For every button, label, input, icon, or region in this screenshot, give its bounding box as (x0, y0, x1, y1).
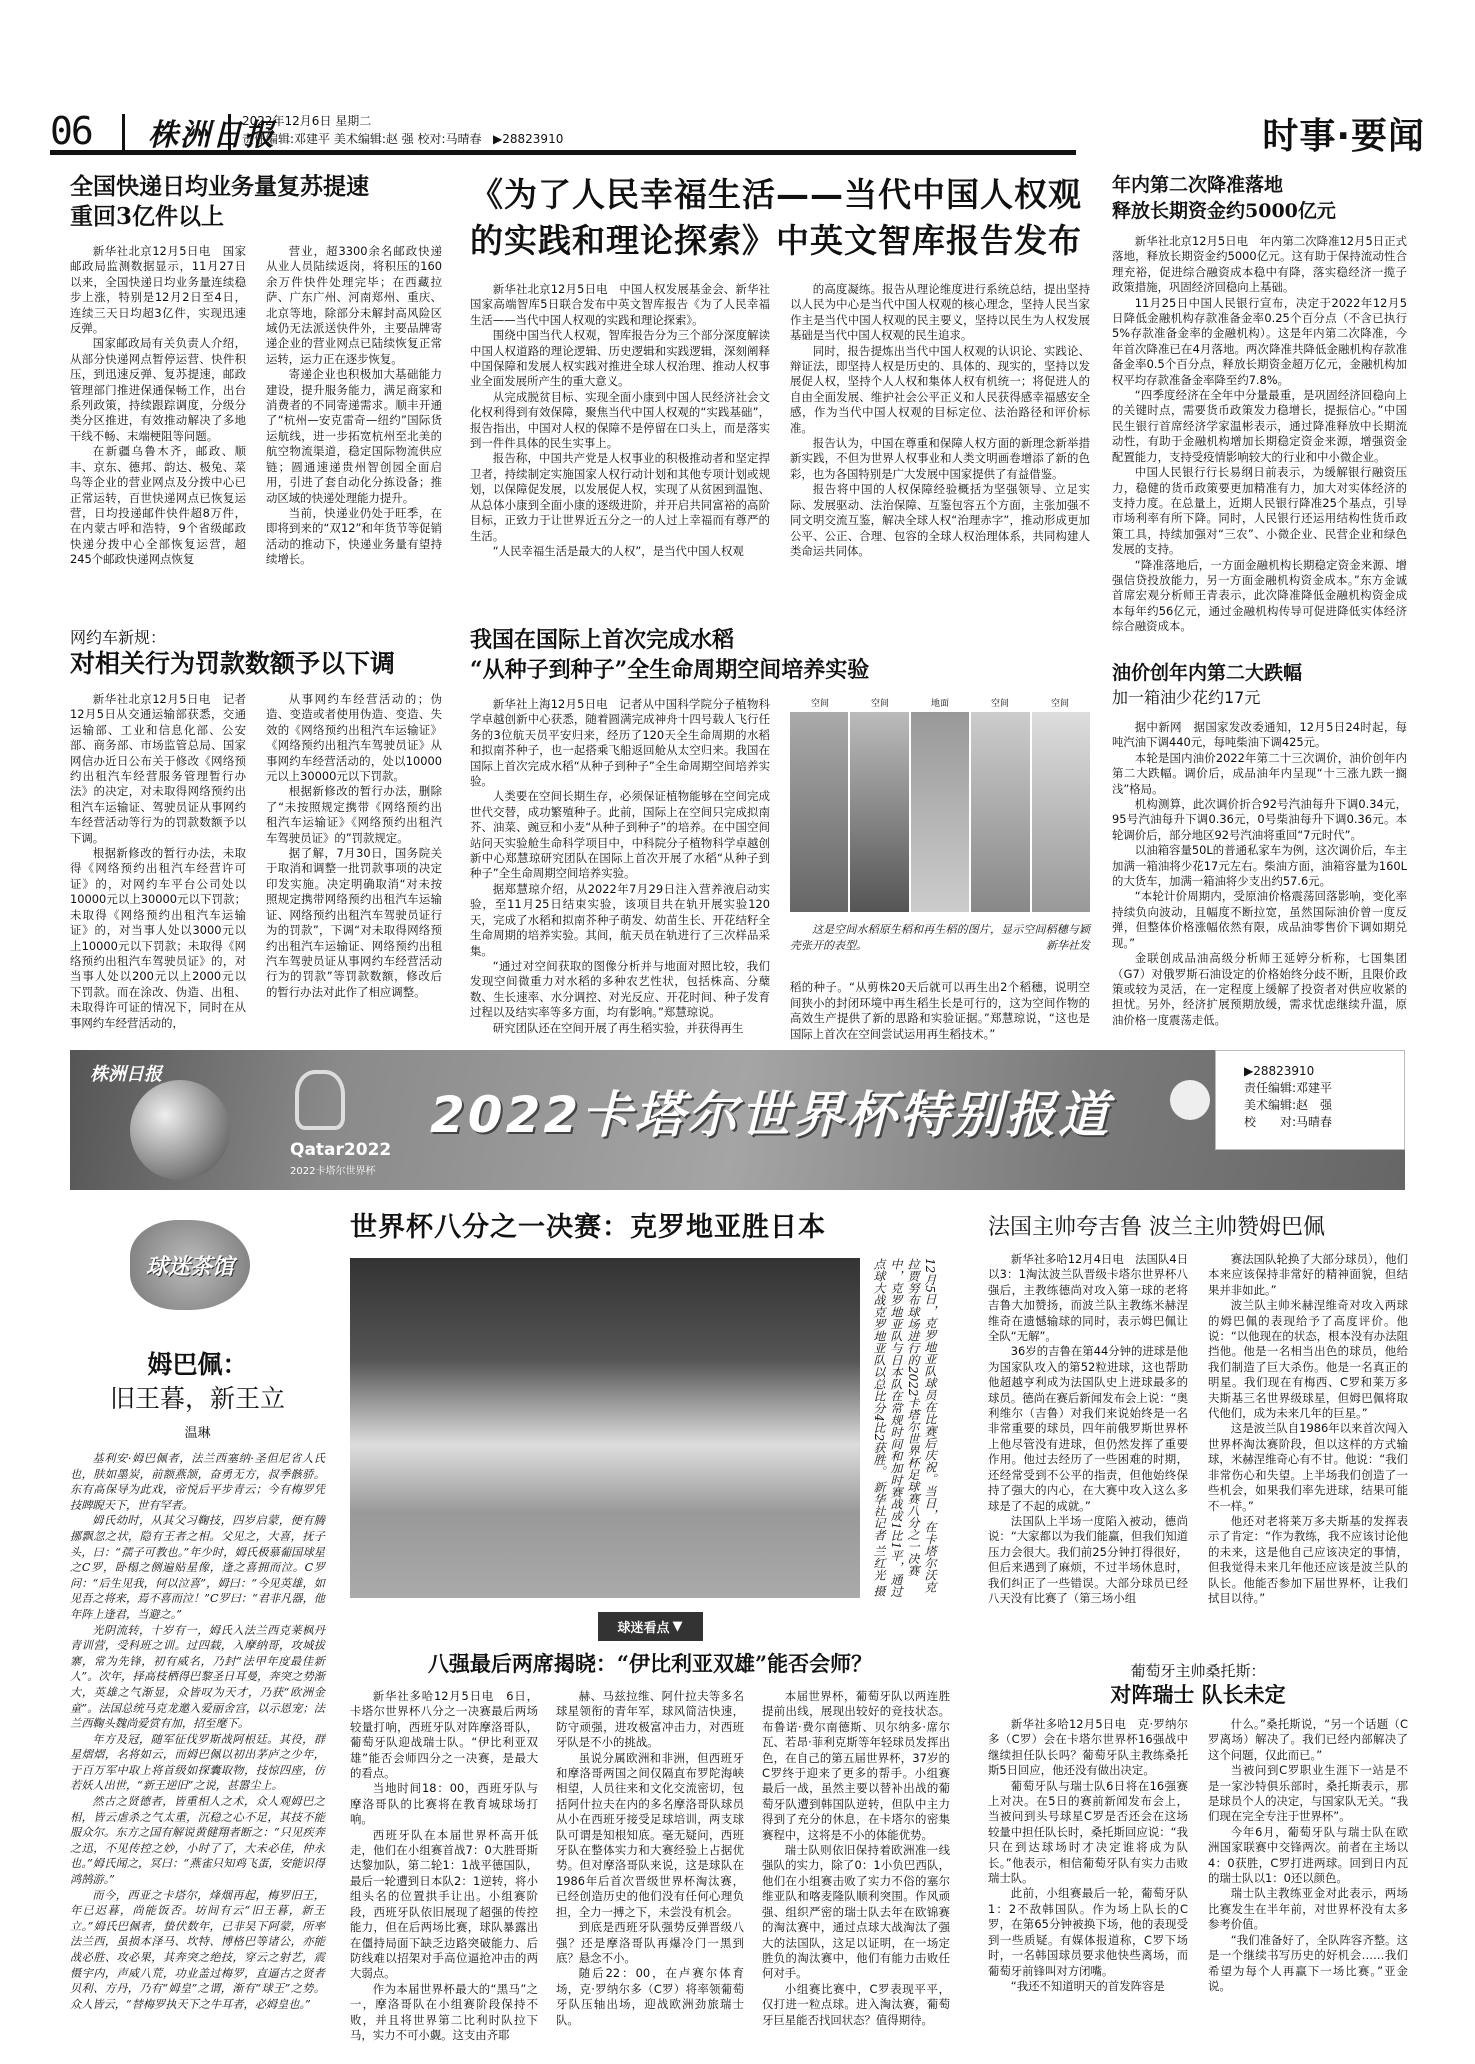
photo-label: 空间 (991, 697, 1009, 712)
paragraph: 报告认为，中国在尊重和保障人权方面的新理念新举措新实践，不但为世界人权事业和人类… (790, 436, 1090, 482)
kicker: 葡萄牙主帅桑托斯： (988, 1660, 1408, 1681)
headline: 《为了人民幸福生活——当代中国人权观 的实践和理论探索》中英文智库报告发布 (470, 172, 1090, 264)
banner-newspaper-logo: 株洲日报 (90, 1060, 162, 1086)
paragraph: “我还不知道明天的首发阵容是 (988, 1979, 1188, 1994)
photo-label: 空间 (1051, 697, 1069, 712)
issue-date: 2022年12月6日 星期二 (242, 112, 563, 130)
article-rrr-cut: 年内第二次降准落地 释放长期资金约5000亿元 新华社北京12月5日电 年内第二… (1112, 172, 1407, 635)
paragraph: 从事网约车经营活动的；伪造、变造或者使用伪造、变造、失效的《网络预约出租汽车运输… (266, 692, 442, 784)
triangle-down-icon: ▼ (673, 1619, 683, 1634)
paragraph: 新华社北京12月5日电 记者12月5日从交通运输部获悉，交通运输部、工业和信息化… (70, 692, 246, 846)
paragraph: 今年6月，葡萄牙队与瑞士队在欧洲国家联赛中交锋两次。前者在主场以4：0获胜，C罗… (1208, 1825, 1408, 1887)
column-1: 新华社多哈12月5日电 6日，卡塔尔世界杯八分之一决赛最后两场较量打响，西班牙队… (350, 1689, 538, 2043)
kicker: 网约车新规： (70, 625, 442, 648)
headline: 全国快递日均业务量复苏提速 重回3亿件以上 (70, 172, 442, 232)
paragraph: 稻的种子。“从剪株20天后就可以再生出2个稻穗，说明空间狭小的封闭环境中再生稻生… (790, 980, 1090, 1042)
paragraph: 金联创成品油高级分析师王延婷分析称，七国集团（G7）对俄罗斯石油设定的价格始终分… (1112, 951, 1407, 1028)
headline: 我国在国际上首次完成水稻 “从种子到种子”全生命周期空间培养实验 (470, 625, 1090, 685)
croatia-celebration-photo (350, 1258, 860, 1598)
section-title: 时事·要闻 (1262, 108, 1425, 159)
headline-line: 年内第二次降准落地 (1112, 172, 1407, 198)
headline: 世界杯八分之一决赛：克罗地亚胜日本 (350, 1210, 950, 1246)
paragraph: 研究团队还在空间开展了再生稻实验，并获得再生 (470, 1021, 770, 1036)
tag-label: 球迷看点 (618, 1617, 670, 1636)
column-2: 空间 空间 地面 空间 空间 这是空间水稻原生稻和再生稻的图片，显示空间稻穗与颖… (790, 697, 1090, 1042)
paragraph: 的高度凝练。报告从理论维度进行系统总结，提出坚持以人民为中心是当代中国人权观的核… (790, 282, 1090, 344)
paragraph: 什么。”桑托斯说，“另一个话题（C罗离场）解决了。我们已经内部解决了这个问题，仅… (1208, 1717, 1408, 1763)
image-panel (971, 712, 1029, 912)
photo-credit: 新华社记者 兰红光 摄 (872, 1481, 886, 1597)
column-1: 新华社北京12月5日电 中国人权发展基金会、新华社国家高端智库5日联合发布中英文… (470, 282, 770, 559)
headline-line: 全国快递日均业务量复苏提速 (70, 172, 442, 202)
column-2: 从事网约车经营活动的；伪造、变造或者使用伪造、变造、失效的《网络预约出租汽车运输… (266, 692, 442, 1031)
headline: 对相关行为罚款数额予以下调 (70, 648, 442, 680)
paragraph: 在新疆乌鲁木齐，邮政、顺丰、京东、德邦、韵达、极兔、菜鸟等企业的营业网点及分拨中… (70, 444, 246, 567)
column-2: 营业，超3300余名邮政快递从业人员陆续返岗，将积压的160余万件快件处理完毕；… (266, 244, 442, 568)
headline: 法国主帅夸吉鲁 波兰主帅赞姆巴佩 (988, 1212, 1408, 1244)
paragraph: 波兰队主帅米赫涅维奇对攻入两球的姆巴佩的表现给予了高度评价。他说：“以他现在的状… (1208, 1298, 1408, 1421)
page-number: 06 (50, 110, 92, 152)
paragraph: 营业，超3300余名邮政快递从业人员陆续返岗，将积压的160余万件快件处理完毕；… (266, 244, 442, 367)
paragraph: 瑞士队则依旧保持着欧洲准一线强队的实力，除了0：1小负巴西队，他们在小组赛击败了… (762, 1843, 950, 1982)
paragraph: 报告称，中国共产党是人权事业的积极推动者和坚定捍卫者，持续制定实施国家人权行动计… (470, 451, 770, 543)
headline-line: 重回3亿件以上 (70, 202, 442, 232)
worldcup-emblem-icon (295, 1070, 345, 1130)
paragraph: 中国人民银行行长易纲日前表示，为缓解银行融资压力，稳健的货币政策要更加精准有力，… (1112, 465, 1407, 557)
proofreader-credit: 校 对:马晴春 (1244, 1114, 1404, 1131)
paragraph: 到底是西班牙队强势反弹晋级八强？还是摩洛哥队再爆冷门一黑到底？悬念不小。 (556, 1920, 744, 1966)
photo-label: 空间 (811, 697, 829, 712)
player-silhouette-icon (1170, 1080, 1210, 1120)
headline-line: 我国在国际上首次完成水稻 (470, 625, 1090, 655)
paragraph: 年方及冠，随军征伐罗斯战阿根廷。其役，群星熠熠，名将如云，而姆巴佩以初出茅庐之少… (70, 1732, 325, 1794)
author: 温琳 (70, 1422, 325, 1441)
section-tag: 球迷看点▼ (598, 1612, 703, 1641)
paragraph: 新华社上海12月5日电 记者从中国科学院分子植物科学卓越创新中心获悉，随着圆满完… (470, 697, 770, 789)
photo-credit: 新华社发 (1024, 938, 1090, 954)
qatar-logo-sub: 2022卡塔尔世界杯 (290, 1162, 375, 1177)
column-3: 本届世界杯，葡萄牙队以两连胜提前出线，展现出较好的竞技状态。布鲁诺·费尔南德斯、… (762, 1689, 950, 2043)
image-panel (790, 712, 848, 912)
paragraph: 而今，西亚之卡塔尔，烽烟再起，梅罗旧王，年已迟暮，尚能饭否。坊间有云“旧王暮，新… (70, 1888, 325, 2013)
headline-line: “从种子到种子”全生命周期空间培养实验 (470, 655, 1090, 685)
image-panel (1032, 712, 1090, 912)
paragraph: 此前，小组赛最后一轮，葡萄牙队1：2不敌韩国队。作为场上队长的C罗，在第65分钟… (988, 1886, 1188, 1978)
article-human-rights: 《为了人民幸福生活——当代中国人权观 的实践和理论探索》中英文智库报告发布 新华… (470, 172, 1090, 559)
paragraph: 法国队上半场一度陷入被动，德尚说：“大家都以为我们能赢，但我们知道压力会很大。我… (988, 1514, 1188, 1606)
photo-caption: 12月5日，克罗地亚队球员在比赛后庆祝。当日，在卡塔尔沃克拉贾努布球场进行的20… (870, 1258, 938, 1598)
paragraph: 新华社多哈12月5日电 6日，卡塔尔世界杯八分之一决赛最后两场较量打响，西班牙队… (350, 1689, 538, 1781)
paragraph: 赛法国队轮换了大部分球员），他们本来应该保持非常好的精神面貌，但结果并非如此。” (1208, 1252, 1408, 1298)
column-2: 的高度凝练。报告从理论维度进行系统总结，提出坚持以人民为中心是当代中国人权观的核… (790, 282, 1090, 559)
paragraph: 小组赛比赛中，C罗表现平平，仅打进一粒点球。进入淘汰赛，葡萄牙巨星能否找回状态？… (762, 1982, 950, 2028)
article-oil: 油价创年内第二大跌幅 加一箱油少花约17元 据中新网 据国家发改委通知，12月5… (1112, 660, 1407, 1028)
header-rule (50, 150, 1076, 155)
paragraph: 同时，报告提炼出当代中国人权观的认识论、实践论、辩证法，即坚持人权是历史的、具体… (790, 344, 1090, 436)
paragraph: 然古之贤德者，皆重相人之术，众人观姆巴之相，皆云虐杀之气太重，沉稳之心不足，其技… (70, 1794, 325, 1888)
paragraph: 基利安·姆巴佩者，法兰西塞纳·圣但尼省人氏也，肤如墨炭，前额燕颔，奋勇无方，叔季… (70, 1451, 325, 1513)
subheadline: 加一箱油少花约17元 (1112, 686, 1407, 710)
headline: 年内第二次降准落地 释放长期资金约5000亿元 (1112, 172, 1407, 224)
headline: 对阵瑞士 队长未定 (988, 1681, 1408, 1709)
paragraph: 西班牙队在本届世界杯高开低走，他们在小组赛首战7：0大胜哥斯达黎加队，第二轮1：… (350, 1828, 538, 1982)
headline-line: 旧王暮，新王立 (70, 1382, 325, 1416)
article-rice: 我国在国际上首次完成水稻 “从种子到种子”全生命周期空间培养实验 新华社上海12… (470, 625, 1090, 1042)
photo-label: 空间 (871, 697, 889, 712)
paragraph: “本轮计价周期内，受原油价格震荡回落影响，变化率持续负向波动，且幅度不断拉宽，虽… (1112, 889, 1407, 951)
article-mbappe-essay: 球迷茶馆 姆巴佩： 旧王暮，新王立 温琳 基利安·姆巴佩者，法兰西塞纳·圣但尼省… (70, 1220, 325, 2012)
paragraph: “人民幸福生活是最大的人权”，是当代中国人权观 (470, 544, 770, 559)
paragraph: 光阴流转，十岁有一，姆氏入法兰西克莱枫丹青训营，受科班之训。过四载，入摩纳哥，攻… (70, 1623, 325, 1732)
column-1: 新华社多哈12月5日电 克·罗纳尔多（C罗）会在卡塔尔世界杯16强战中继续担任队… (988, 1717, 1188, 1994)
headline: 八强最后两席揭晓：“伊比利亚双雄”能否会师？ (350, 1649, 950, 1679)
column-1: 新华社北京12月5日电 记者12月5日从交通运输部获悉，交通运输部、工业和信息化… (70, 692, 246, 1031)
column-1: 新华社北京12月5日电 国家邮政局监测数据显示，11月27日以来，全国快递日均业… (70, 244, 246, 568)
headline-line: 的实践和理论探索》中英文智库报告发布 (470, 218, 1090, 264)
paragraph: 以油箱容量50L的普通私家车为例，这次调价后，车主加满一箱油将少花17元左右。柴… (1112, 843, 1407, 889)
article-france: 法国主帅夸吉鲁 波兰主帅赞姆巴佩 新华社多哈12月4日电 法国队4日以3：1淘汰… (988, 1212, 1408, 1606)
photo-label: 地面 (931, 697, 949, 712)
masthead: 06 株洲日报 2022年12月6日 星期二 责任编辑:邓建平 美术编辑:赵 强… (50, 110, 1425, 155)
paragraph: 报告将中国的人权保障经验概括为坚强领导、立足实际、发展驱动、法治保障、互鉴包容五… (790, 482, 1090, 559)
paragraph: 据了解，7月30日，国务院关于取消和调整一批罚款事项的决定印发实施。决定明确取消… (266, 846, 442, 1000)
paragraph: 本轮是国内油价2022年第二十三次调价，油价创年内第二大跌幅。调价后，成品油年内… (1112, 751, 1407, 797)
paragraph: 新华社北京12月5日电 国家邮政局监测数据显示，11月27日以来，全国快递日均业… (70, 244, 246, 336)
column-2: 什么。”桑托斯说，“另一个话题（C罗离场）解决了。我们已经内部解决了这个问题，仅… (1208, 1717, 1408, 1994)
paragraph: 新华社北京12月5日电 年内第二次降准12月5日正式落地，释放长期资金约5000… (1112, 234, 1407, 296)
banner-credit-box: ▶28823910 责任编辑:邓建平 美术编辑:赵 强 校 对:马晴春 (1215, 1050, 1405, 1150)
article-iberia: 球迷看点▼ 八强最后两席揭晓：“伊比利亚双雄”能否会师？ 新华社多哈12月5日电… (350, 1612, 950, 2043)
paragraph: 根据新修改的暂行办法，删除了“未按照规定携带《网络预约出租汽车运输证》《网络预约… (266, 784, 442, 846)
paragraph: 人类要在空间长期生存，必须保证植物能够在空间完成世代交替，成功繁殖种子。此前，国… (470, 789, 770, 881)
article-ride-hailing: 网约车新规： 对相关行为罚款数额予以下调 新华社北京12月5日电 记者12月5日… (70, 625, 442, 1031)
paragraph: 寄递企业也积极加大基础能力建设，提升服务能力，满足商家和消费者的不同寄递需求。顺… (266, 367, 442, 506)
paragraph: 瑞士队主教练亚金对此表示，两场比赛发生在半年前，对世界杯没有太多参考价值。 (1208, 1886, 1408, 1932)
column-2: 赫、马兹拉维、阿什拉夫等多名球星领衔的青年军，球风简洁快速，防守顽强，进攻极富冲… (556, 1689, 744, 2043)
paragraph: 本届世界杯，葡萄牙队以两连胜提前出线，展现出较好的竞技状态。布鲁诺·费尔南德斯、… (762, 1689, 950, 1843)
column-1: 新华社上海12月5日电 记者从中国科学院分子植物科学卓越创新中心获悉，随着圆满完… (470, 697, 770, 1042)
editor-credit: 责任编辑:邓建平 (1244, 1080, 1404, 1097)
worldcup-banner: 株洲日报 Qatar2022 2022卡塔尔世界杯 2022卡塔尔世界杯特别报道… (70, 1050, 1405, 1190)
article-croatia: 世界杯八分之一决赛：克罗地亚胜日本 12月5日，克罗地亚队球员在比赛后庆祝。当日… (350, 1210, 950, 1598)
paragraph: 36岁的吉鲁在第44分钟的进球是他为国家队攻入的第52粒进球，这也帮助他超越亨利… (988, 1344, 1188, 1513)
paragraph: 他还对老将莱万多夫斯基的发挥表示了肯定：“作为教练，我不应该讨论他的未来，这是他… (1208, 1514, 1408, 1606)
divider (122, 114, 125, 152)
image-panel (850, 712, 908, 912)
paragraph: 新华社多哈12月5日电 克·罗纳尔多（C罗）会在卡塔尔世界杯16强战中继续担任队… (988, 1717, 1188, 1779)
paragraph: 国家邮政局有关负责人介绍，从部分快递网点暂停运营、快件积压，到迅速反弹、复苏提速… (70, 336, 246, 444)
paragraph: “四季度经济在全年中分量最重，是巩固经济回稳向上的关键时点，需要货币政策发力稳增… (1112, 388, 1407, 465)
paragraph: 当被问到C罗职业生涯下一站是不是一家沙特俱乐部时，桑托斯表示，那是球员个人的决定… (1208, 1763, 1408, 1825)
paragraph: 据中新网 据国家发改委通知，12月5日24时起，每吨汽油下调440元，每吨柴油下… (1112, 720, 1407, 751)
photo-caption: 这是空间水稻原生稻和再生稻的图片，显示空间稻穗与颖壳张开的表型。 新华社发 (790, 922, 1090, 954)
paragraph: “我们准备好了，全队阵容齐整。这是一个继续书写历史的好机会……我们希望为每个人再… (1208, 1933, 1408, 1995)
paragraph: 当地时间18：00，西班牙队与摩洛哥队的比赛将在教育城球场打响。 (350, 1781, 538, 1827)
banner-title: 2022卡塔尔世界杯特别报道 (430, 1075, 1111, 1147)
paragraph: 围绕中国当代人权观，智库报告分为三个部分深度解读中国人权道路的理论逻辑、历史逻辑… (470, 328, 770, 390)
paragraph: 虽说分属欧洲和非洲，但西班牙和摩洛哥两国之间仅隔直布罗陀海峡相望，人员往来和文化… (556, 1751, 744, 1920)
article-portugal: 葡萄牙主帅桑托斯： 对阵瑞士 队长未定 新华社多哈12月5日电 克·罗纳尔多（C… (988, 1660, 1408, 1994)
article-express: 全国快递日均业务量复苏提速 重回3亿件以上 新华社北京12月5日电 国家邮政局监… (70, 172, 442, 568)
headline-line: 《为了人民幸福生活——当代中国人权观 (470, 172, 1090, 218)
image-panel (911, 712, 969, 912)
headline: 油价创年内第二大跌幅 (1112, 660, 1407, 686)
editor-credits: 责任编辑:邓建平 美术编辑:赵 强 校对:马晴春 (242, 132, 482, 146)
paragraph: 11月25日中国人民银行宣布，决定于2022年12月5日降低金融机构存款准备金率… (1112, 296, 1407, 388)
divider (228, 114, 231, 152)
photo-labels: 空间 空间 地面 空间 空间 (790, 697, 1090, 712)
column-1: 新华社多哈12月4日电 法国队4日以3：1淘汰波兰队晋级卡塔尔世界杯八强后，主教… (988, 1252, 1188, 1606)
paragraph: 这是波兰队自1986年以来首次闯入世界杯淘汰赛阶段，但以这样的方式输球，米赫涅维… (1208, 1421, 1408, 1513)
paragraph: 姆氏幼时，从其父习鞠技，四岁启蒙，便有腾挪飘忽之状，隐有王者之相。父见之，大喜，… (70, 1513, 325, 1622)
column-2: 赛法国队轮换了大部分球员），他们本来应该保持非常好的精神面貌，但结果并非如此。”… (1208, 1252, 1408, 1606)
rice-photo (790, 712, 1090, 912)
headline-line: 姆巴佩： (70, 1348, 325, 1382)
issue-meta: 2022年12月6日 星期二 责任编辑:邓建平 美术编辑:赵 强 校对:马晴春 … (242, 112, 563, 148)
paragraph: 随后22：00，在卢赛尔体育场，克·罗纳尔多（C罗）将率领葡萄牙队压轴出场，迎战… (556, 1966, 744, 2028)
headline: 姆巴佩： 旧王暮，新王立 (70, 1348, 325, 1416)
paragraph: 根据新修改的暂行办法，未取得《网络预约出租汽车经营许可证》的，对网约车平台公司处… (70, 846, 246, 1031)
headline-line: 释放长期资金约5000亿元 (1112, 198, 1407, 224)
paragraph: 当前，快递业仍处于旺季，在即将到来的“双12”和年货节等促销活动的推动下，快递业… (266, 506, 442, 568)
paragraph: 新华社北京12月5日电 中国人权发展基金会、新华社国家高端智库5日联合发布中英文… (470, 282, 770, 328)
paragraph: “通过对空间获取的图像分析并与地面对照比较，我们发现空间微重力对水稻的多种农艺性… (470, 959, 770, 1021)
paragraph: 作为本届世界杯最大的“黑马”之一，摩洛哥队在小组赛阶段保持不败，并且将世界第二比… (350, 1982, 538, 2044)
column-logo: 球迷茶馆 (130, 1220, 250, 1310)
paragraph: 新华社多哈12月4日电 法国队4日以3：1淘汰波兰队晋级卡塔尔世界杯八强后，主教… (988, 1252, 1188, 1344)
paragraph: 据郑慧琼介绍，从2022年7月29日注入营养液启动实验，至11月25日结束实验，… (470, 882, 770, 959)
paragraph: 葡萄牙队与瑞士队6日将在16强赛上对决。在5日的赛前新闻发布会上，当被问到头号球… (988, 1779, 1188, 1887)
soccer-ball-icon (130, 1080, 230, 1180)
paragraph: 机构测算，此次调价折合92号汽油每升下调0.34元，95号汽油每升下调0.36元… (1112, 797, 1407, 843)
qatar-logo-text: Qatar2022 (290, 1140, 391, 1160)
hotline: ▶28823910 (1244, 1063, 1404, 1080)
paragraph: “降准落地后，一方面金融机构长期稳定资金来源、增强信贷投放能力，另一方面金融机构… (1112, 558, 1407, 635)
paragraph: 从完成脱贫目标、实现全面小康到中国人民经济社会文化权利得到有效保障，聚焦当代中国… (470, 390, 770, 452)
paragraph: 赫、马兹拉维、阿什拉夫等多名球星领衔的青年军，球风简洁快速，防守顽强，进攻极富冲… (556, 1689, 744, 1751)
hotline: ▶28823910 (493, 132, 563, 146)
art-editor-credit: 美术编辑:赵 强 (1244, 1097, 1404, 1114)
